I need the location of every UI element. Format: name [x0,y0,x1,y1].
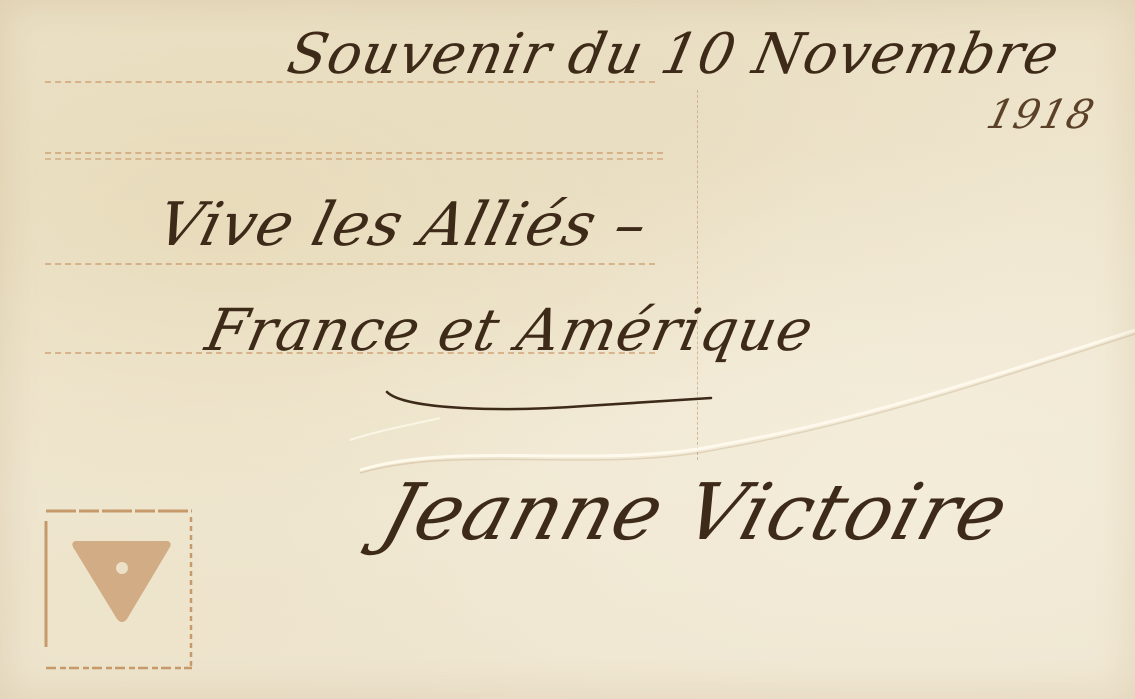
handwritten-line-vive: Vive les Alliés – [150,190,655,260]
inverted-triangle-icon [72,541,170,622]
ink-underline [385,386,715,416]
stamp-box [44,507,194,672]
handwritten-line-france: France et Amérique [200,296,820,364]
stamp-frame [44,507,194,672]
postcard: Souvenir du 10 Novembre 1918 Vive les Al… [0,0,1135,699]
address-rule-3 [45,263,655,265]
address-rule-2 [45,152,663,154]
handwritten-year: 1918 [982,92,1099,138]
handwritten-signature: Jeanne Victoire [372,468,1018,558]
handwritten-heading: Souvenir du 10 Novembre [282,22,1065,87]
